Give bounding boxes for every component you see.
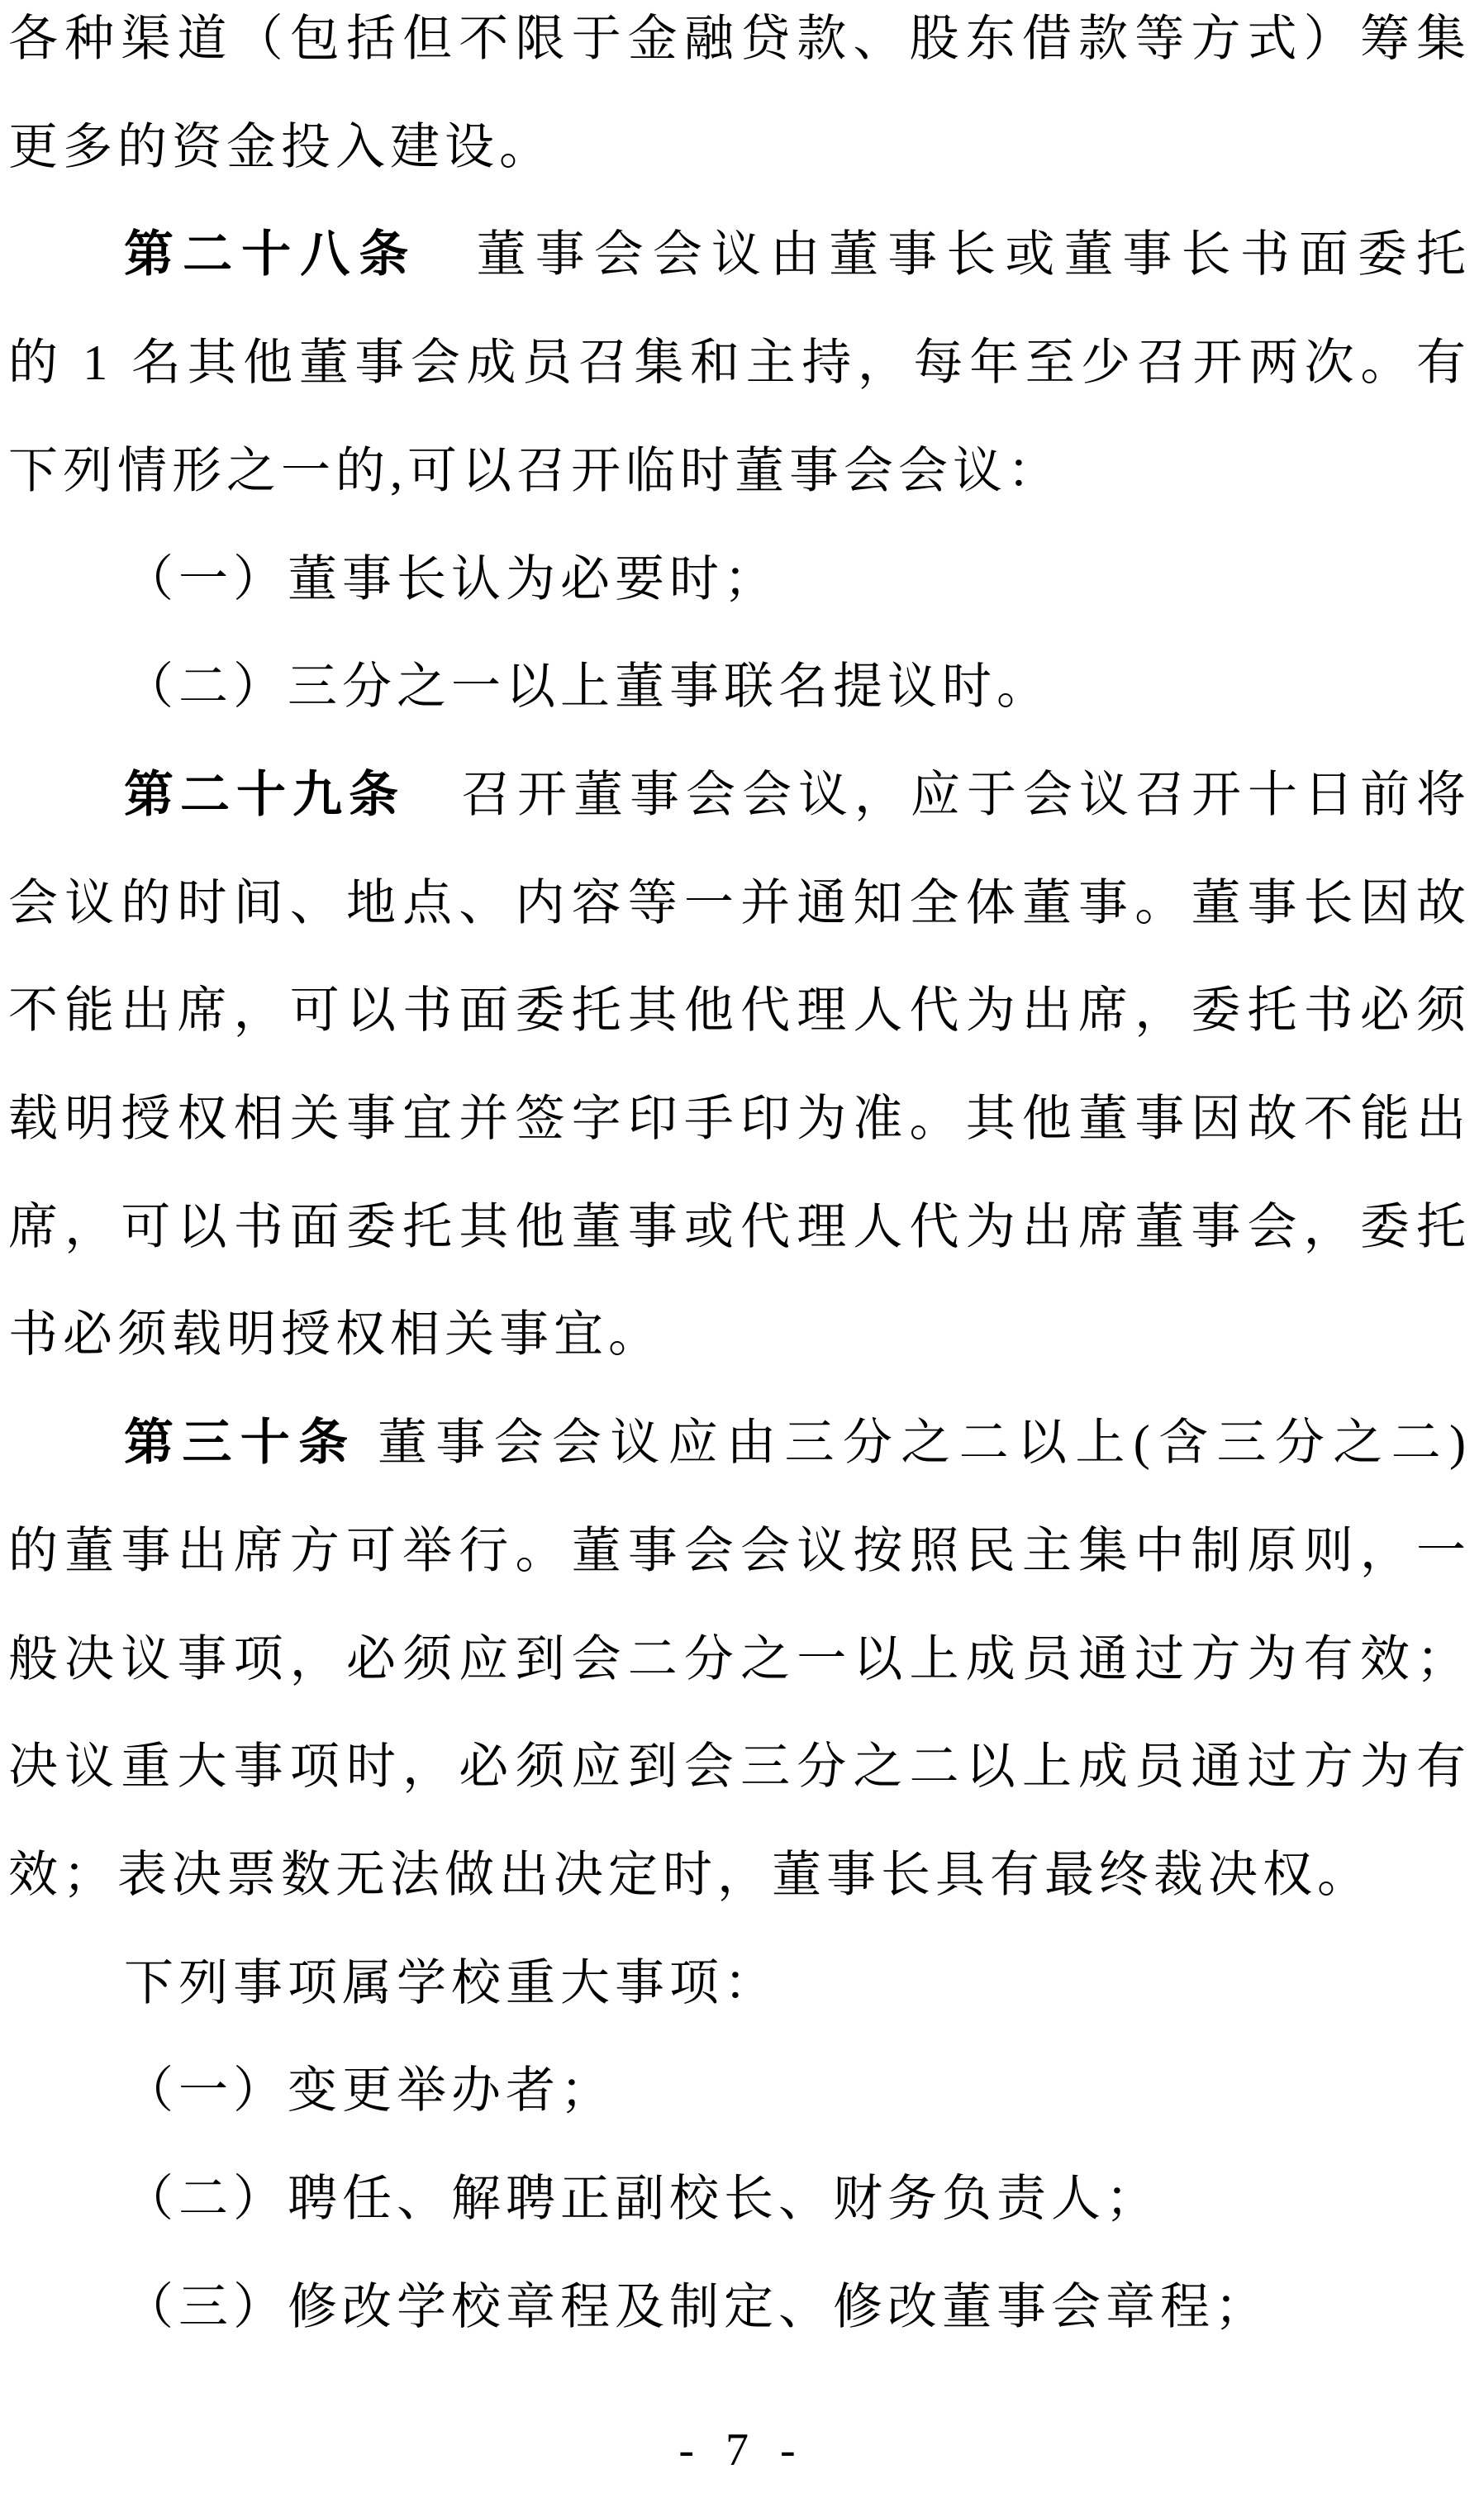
text-segment: （三）修改学校章程及制定、修改董事会章程； bbox=[124, 2280, 1269, 2334]
text-segment: 决议重大事项时，必须应到会三分之二以上成员通过方为有 bbox=[8, 1739, 1471, 1794]
document-lines: 各种渠道（包括但不限于金融贷款、股东借款等方式）筹集更多的资金投入建设。第二十八… bbox=[8, 0, 1471, 2361]
text-line: 决议重大事项时，必须应到会三分之二以上成员通过方为有 bbox=[8, 1713, 1471, 1821]
text-line: （二）三分之一以上董事联名提议时。 bbox=[8, 633, 1471, 741]
text-segment: 般决议事项，必须应到会二分之一以上成员通过方为有效； bbox=[8, 1632, 1471, 1687]
text-line: （一）董事长认为必要时； bbox=[8, 526, 1471, 634]
text-segment: 效；表决票数无法做出决定时，董事长具有最终裁决权。 bbox=[8, 1848, 1372, 1902]
text-line: 席，可以书面委托其他董事或代理人代为出席董事会，委托 bbox=[8, 1173, 1471, 1282]
text-line: （一）变更举办者； bbox=[8, 2037, 1471, 2145]
text-line: 书必须载明授权相关事宜。 bbox=[8, 1281, 1471, 1389]
text-segment: （二）聘任、解聘正副校长、财务负责人； bbox=[124, 2172, 1160, 2226]
page-number: - 7 - bbox=[0, 2424, 1484, 2476]
text-segment: 不能出席，可以书面委托其他代理人代为出席，委托书必须 bbox=[8, 983, 1471, 1038]
text-segment: 会议的时间、地点、内容等一并通知全体董事。董事长因故 bbox=[8, 876, 1471, 930]
text-line: （三）修改学校章程及制定、修改董事会章程； bbox=[8, 2253, 1471, 2362]
text-segment: 的 1 名其他董事会成员召集和主持，每年至少召开两次。有 bbox=[8, 335, 1471, 390]
text-segment: （一）变更举办者； bbox=[124, 2063, 615, 2118]
text-line: 的 1 名其他董事会成员召集和主持，每年至少召开两次。有 bbox=[8, 309, 1471, 417]
text-segment: （一）董事长认为必要时； bbox=[124, 552, 778, 607]
text-segment: 下列情形之一的,可以召开临时董事会会议： bbox=[8, 444, 1062, 498]
text-line: 的董事出席方可举行。董事会会议按照民主集中制原则，一 bbox=[8, 1497, 1471, 1606]
text-line: 更多的资金投入建设。 bbox=[8, 93, 1471, 202]
text-segment: 各种渠道（包括但不限于金融贷款、股东借款等方式）筹集 bbox=[8, 12, 1471, 66]
text-segment: 书必须载明授权相关事宜。 bbox=[8, 1307, 663, 1362]
document-page: 各种渠道（包括但不限于金融贷款、股东借款等方式）筹集更多的资金投入建设。第二十八… bbox=[0, 0, 1484, 2493]
text-line: 会议的时间、地点、内容等一并通知全体董事。董事长因故 bbox=[8, 849, 1471, 958]
text-line: 般决议事项，必须应到会二分之一以上成员通过方为有效； bbox=[8, 1606, 1471, 1714]
text-segment: 下列事项属学校重大事项： bbox=[124, 1956, 778, 2010]
text-segment: 董事会会议由董事长或董事长书面委托 bbox=[417, 227, 1471, 282]
text-line: 第二十九条 召开董事会会议，应于会议召开十日前将 bbox=[8, 741, 1471, 849]
text-line: 效；表决票数无法做出决定时，董事长具有最终裁决权。 bbox=[8, 1821, 1471, 1929]
text-segment: 载明授权相关事宜并签字印手印为准。其他董事因故不能出 bbox=[8, 1092, 1471, 1146]
text-segment: 席，可以书面委托其他董事或代理人代为出席董事会，委托 bbox=[8, 1200, 1471, 1254]
text-line: 第三十条 董事会会议应由三分之二以上(含三分之二) bbox=[8, 1389, 1471, 1497]
text-line: （二）聘任、解聘正副校长、财务负责人； bbox=[8, 2145, 1471, 2253]
text-line: 各种渠道（包括但不限于金融贷款、股东借款等方式）筹集 bbox=[8, 0, 1471, 93]
article-heading: 第二十八条 bbox=[124, 227, 417, 282]
article-heading: 第三十条 bbox=[124, 1415, 357, 1470]
text-segment: 更多的资金投入建设。 bbox=[8, 120, 554, 174]
text-line: 不能出席，可以书面委托其他代理人代为出席，委托书必须 bbox=[8, 957, 1471, 1065]
text-line: 下列事项属学校重大事项： bbox=[8, 1929, 1471, 2038]
text-segment: 的董事出席方可举行。董事会会议按照民主集中制原则，一 bbox=[8, 1524, 1471, 1578]
text-line: 下列情形之一的,可以召开临时董事会会议： bbox=[8, 417, 1471, 526]
text-segment: （二）三分之一以上董事联名提议时。 bbox=[124, 659, 1051, 714]
text-segment: 董事会会议应由三分之二以上(含三分之二) bbox=[357, 1415, 1472, 1470]
text-line: 载明授权相关事宜并签字印手印为准。其他董事因故不能出 bbox=[8, 1065, 1471, 1173]
article-heading: 第二十九条 bbox=[124, 768, 405, 822]
text-segment: 召开董事会会议，应于会议召开十日前将 bbox=[405, 768, 1471, 822]
text-line: 第二十八条 董事会会议由董事长或董事长书面委托 bbox=[8, 201, 1471, 309]
